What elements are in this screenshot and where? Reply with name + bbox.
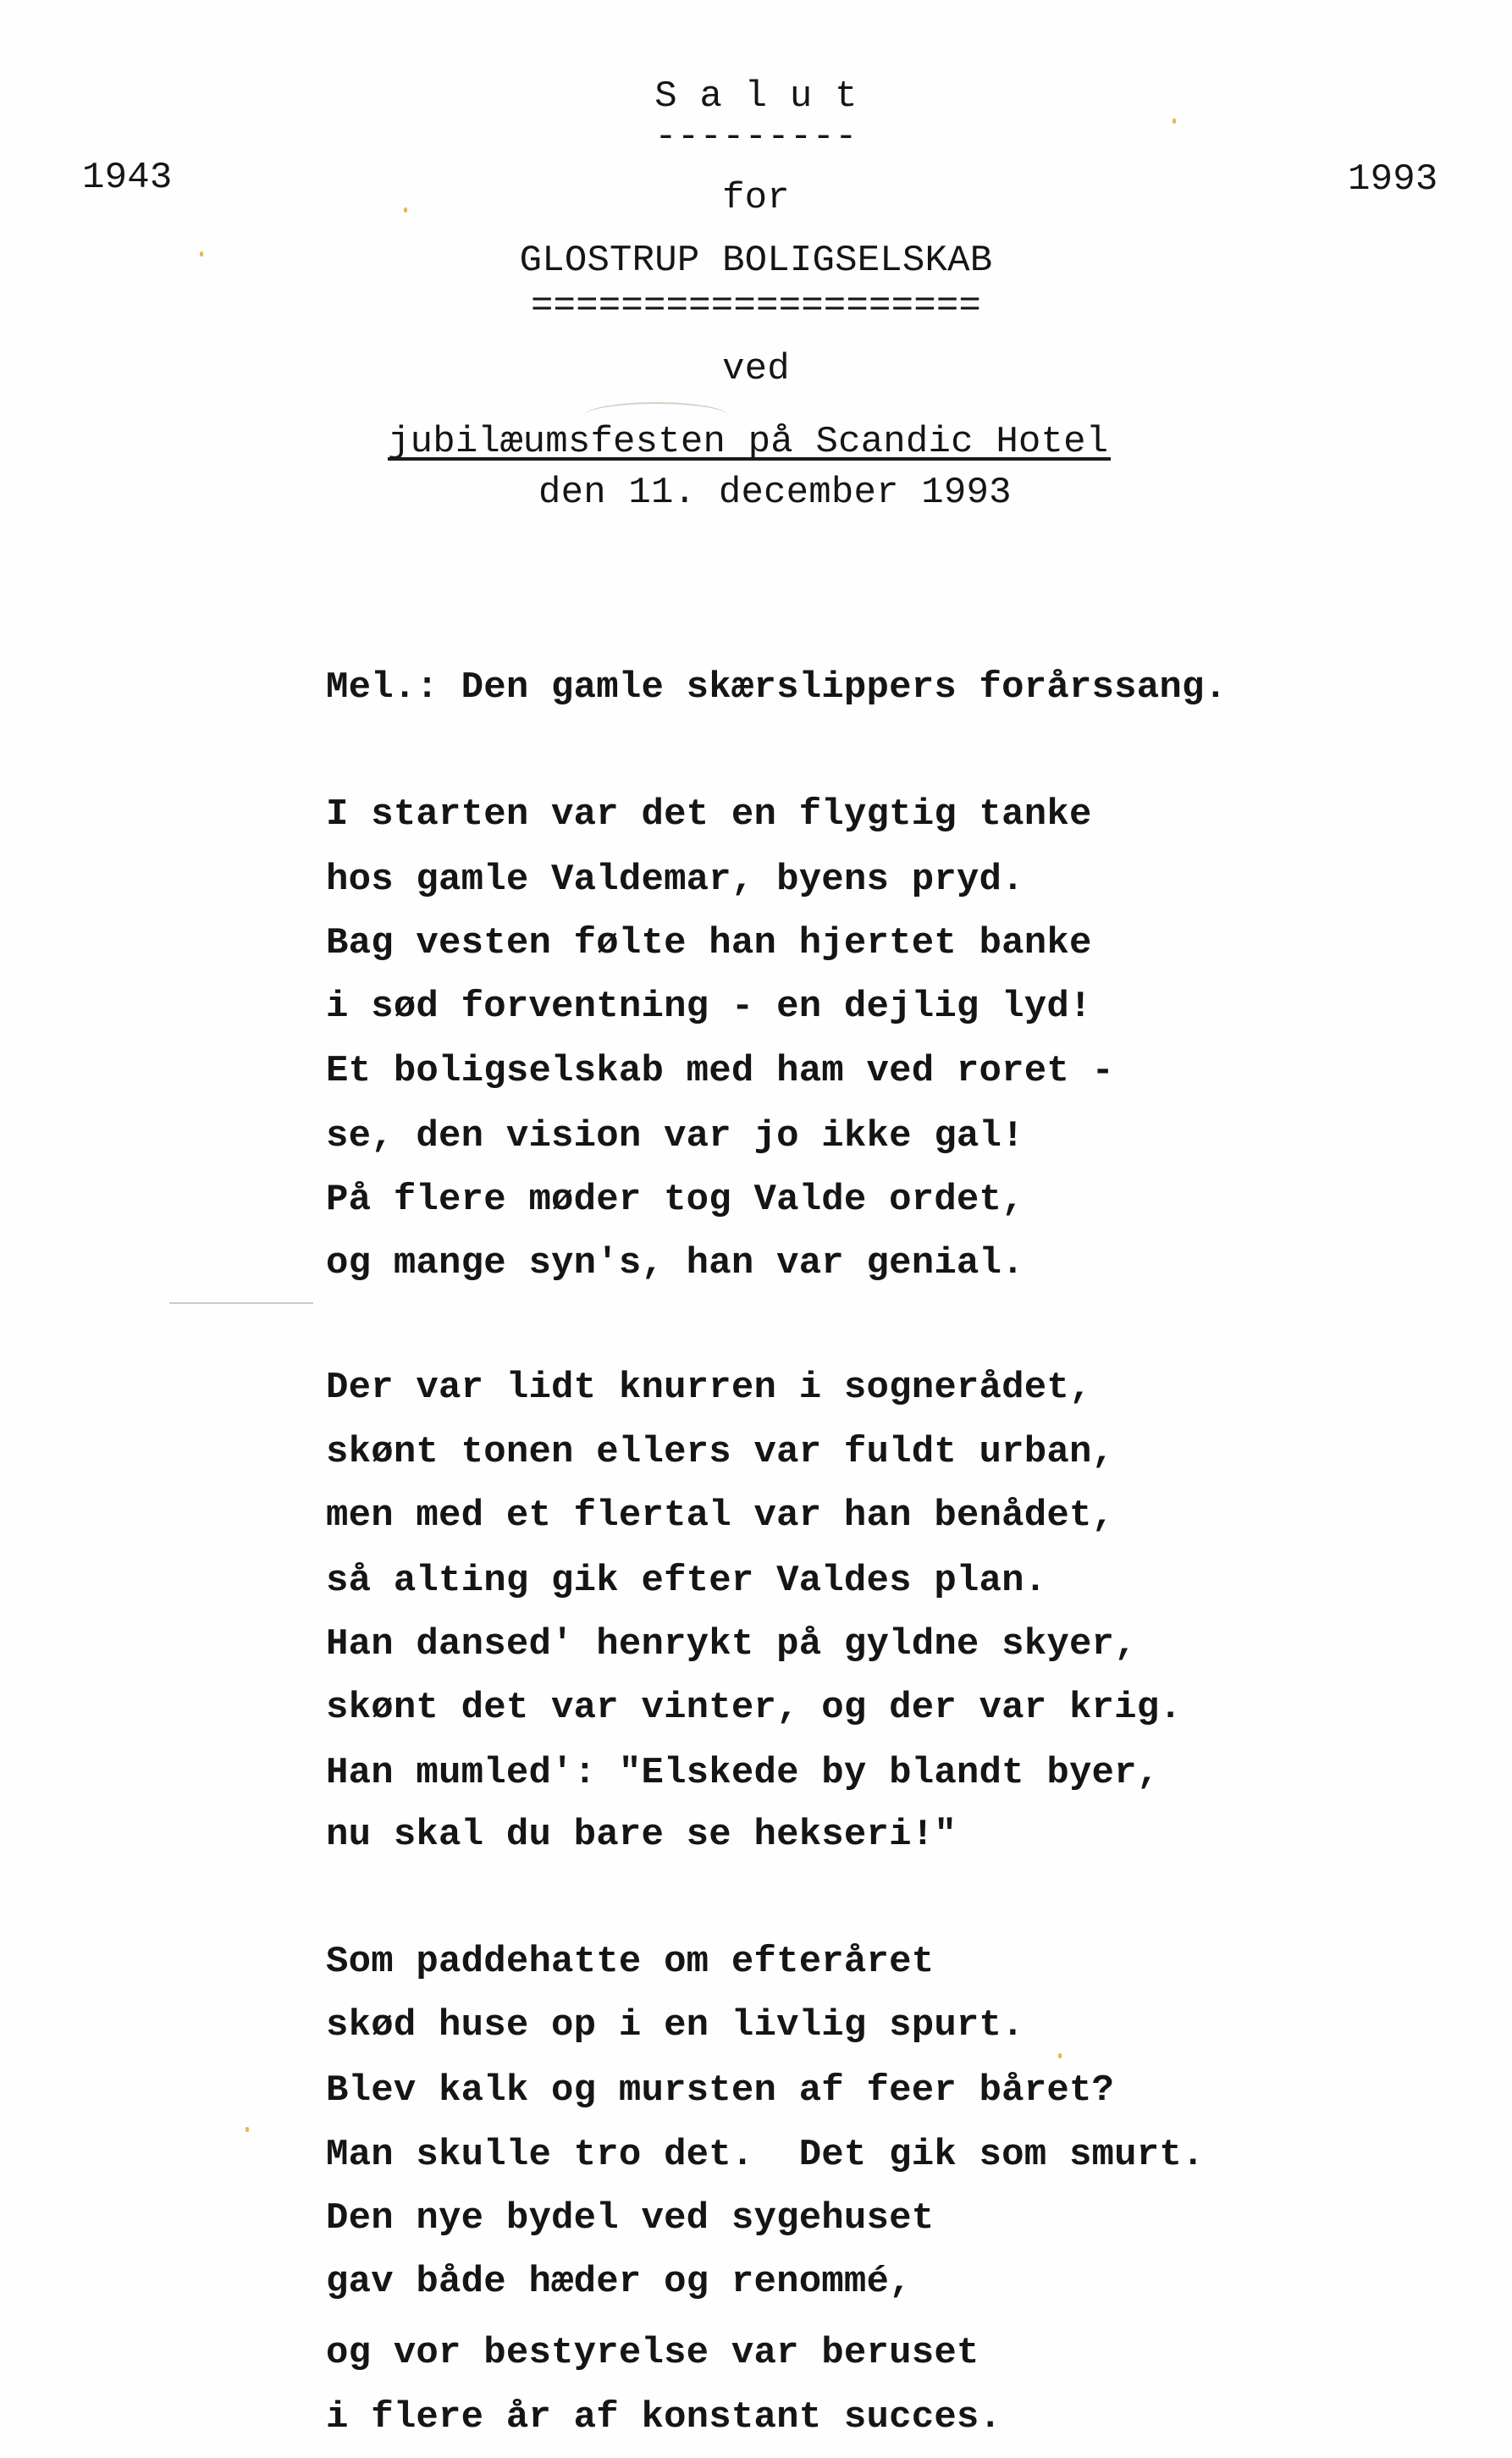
event-underline [388, 457, 1111, 461]
verse-line: På flere møder tog Valde ordet, [326, 1181, 1024, 1218]
verse-line: skønt det var vinter, og der var krig. [326, 1689, 1182, 1726]
verse-line: i flere år af konstant succes. [326, 2399, 1002, 2436]
organization-name: GLOSTRUP BOLIGSELSKAB [0, 242, 1512, 279]
verse-line: så alting gik efter Valdes plan. [326, 1562, 1046, 1599]
for-label: for [0, 180, 1512, 217]
verse-line: og mange syn's, han var genial. [326, 1245, 1024, 1282]
paper-speck [404, 207, 407, 213]
paper-speck [200, 251, 203, 257]
ved-label: ved [0, 351, 1512, 388]
verse-line: Der var lidt knurren i sognerådet, [326, 1369, 1092, 1406]
verse-line: Han dansed' henrykt på gyldne skyer, [326, 1626, 1137, 1663]
verse-line: men med et flertal var han benådet, [326, 1497, 1114, 1534]
verse-line: Blev kalk og mursten af feer båret? [326, 2072, 1114, 2109]
verse-line: skønt tonen ellers var fuldt urban, [326, 1433, 1114, 1471]
verse-line: Man skulle tro det. Det gik som smurt. [326, 2136, 1205, 2174]
verse-line: i sød forventning - en dejlig lyd! [326, 988, 1092, 1025]
organization-rule: ==================== [0, 288, 1512, 325]
verse-line: Et boligselskab med ham ved roret - [326, 1052, 1114, 1090]
verse-line: skød huse op i en livlig spurt. [326, 2007, 1024, 2044]
verse-line: gav både hæder og renommé, [326, 2263, 912, 2301]
event-name: jubilæumsfesten på Scandic Hotel [388, 423, 1108, 461]
verse-line: nu skal du bare se hekseri!" [326, 1816, 957, 1853]
paper-smudge [169, 1302, 313, 1304]
verse-line: Han mumled': "Elskede by blandt byer, [326, 1754, 1159, 1792]
title: S a l u t [0, 78, 1512, 115]
paper-speck [1058, 2053, 1062, 2058]
verse-line: I starten var det en flygtig tanke [326, 796, 1092, 833]
verse-line: Som paddehatte om efteråret [326, 1943, 934, 1980]
verse-line: og vor bestyrelse var beruset [326, 2334, 979, 2372]
paper-speck [246, 2127, 249, 2132]
verse-line: hos gamle Valdemar, byens pryd. [326, 861, 1024, 898]
paper-speck [1173, 119, 1176, 124]
title-rule: --------- [0, 119, 1512, 156]
melody-line: Mel.: Den gamle skærslippers forårssang. [326, 669, 1227, 706]
event-date: den 11. december 1993 [538, 474, 1012, 511]
verse-line: Bag vesten følte han hjertet banke [326, 925, 1092, 962]
verse-line: se, den vision var jo ikke gal! [326, 1118, 1024, 1155]
verse-line: Den nye bydel ved sygehuset [326, 2200, 934, 2237]
